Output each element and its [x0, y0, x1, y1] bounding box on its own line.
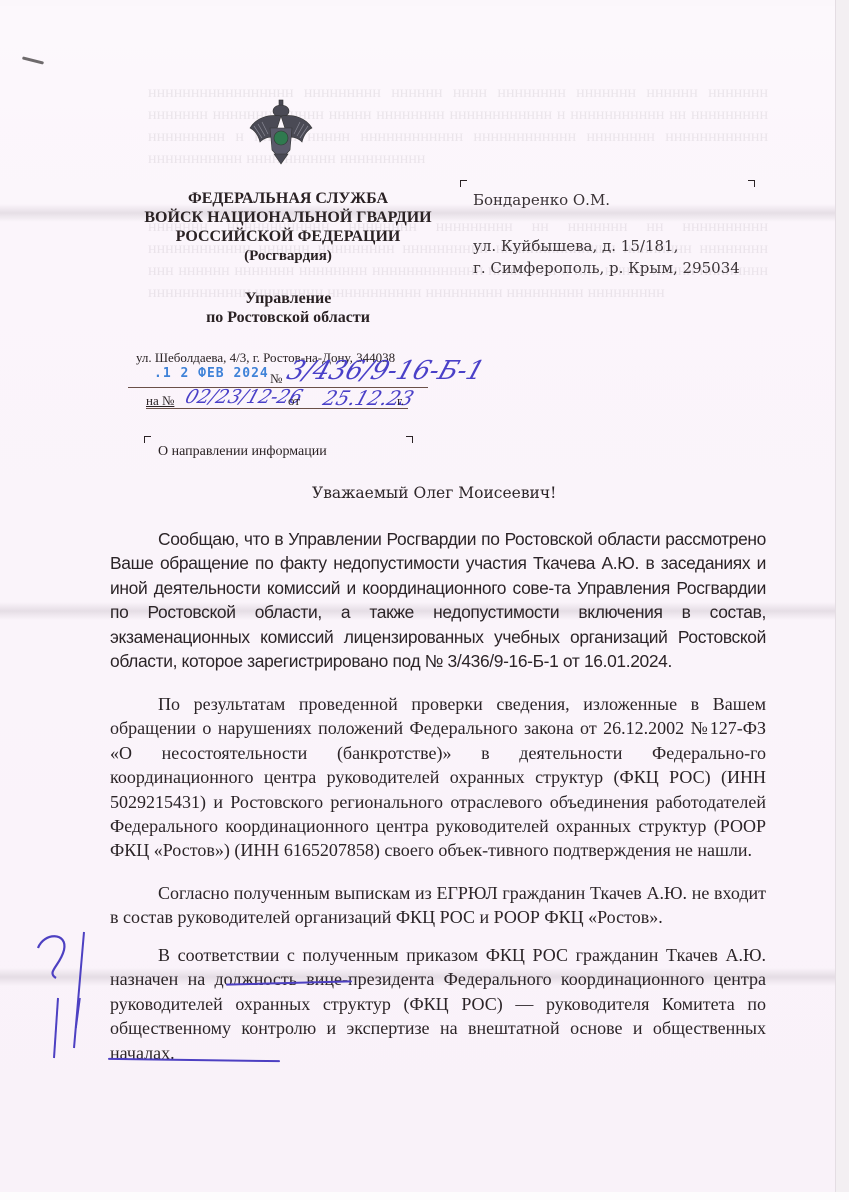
recipient-address-line2: г. Симферополь, р. Крым, 295034	[473, 258, 740, 278]
department-line2: по Ростовской области	[118, 309, 458, 327]
date-stamp: .1 2 ФЕВ 2024	[154, 366, 269, 381]
outgoing-number-handwritten: 3/436/9-16-Б-1	[283, 356, 488, 386]
subject-bracket-left	[144, 436, 151, 443]
in-reply-underline	[146, 408, 408, 409]
letter-page: ннннннннннннннннн ннннннннн нннннн нннн …	[0, 6, 836, 1194]
org-short-name: (Росгвардия)	[118, 247, 458, 265]
body-paragraph-4: В соответствии с полученным приказом ФКЦ…	[110, 943, 766, 1065]
body-paragraph-3: Согласно полученным выпискам из ЕГРЮЛ гр…	[110, 881, 766, 930]
rosgvardia-emblem-icon	[248, 98, 314, 166]
in-reply-from-label: от	[288, 393, 300, 409]
org-name-line2: ВОЙСК НАЦИОНАЛЬНОЙ ГВАРДИИ	[118, 209, 458, 227]
in-reply-label: на №	[146, 393, 174, 409]
handwritten-margin-note-icon	[34, 928, 114, 1068]
salutation: Уважаемый Олег Моисеевич!	[312, 484, 556, 502]
outgoing-number-label: №	[270, 371, 282, 387]
recipient-bracket-left	[460, 180, 467, 187]
subject-bracket-right	[406, 436, 413, 443]
recipient-bracket-right	[748, 180, 755, 187]
letter-subject: О направлении информации	[158, 444, 327, 460]
staple-mark	[22, 56, 44, 64]
year-suffix: г.	[397, 393, 404, 409]
department-line1: Управление	[118, 290, 458, 308]
org-name-line1: ФЕДЕРАЛЬНАЯ СЛУЖБА	[118, 190, 458, 208]
recipient-address-line1: ул. Куйбышева, д. 15/181,	[473, 236, 678, 256]
body-paragraph-2: По результатам проведенной проверки свед…	[110, 692, 766, 863]
recipient-name: Бондаренко О.М.	[473, 190, 610, 210]
page-edge-bottom	[0, 1192, 849, 1200]
org-name-line3: РОССИЙСКОЙ ФЕДЕРАЦИИ	[118, 228, 458, 246]
page-edge	[835, 0, 849, 1200]
bleed-through-text: ннннннннннннннннн ннннннннн нннннн нннн …	[148, 82, 768, 202]
body-paragraph-1: Сообщаю, что в Управлении Росгвардии по …	[110, 527, 766, 673]
